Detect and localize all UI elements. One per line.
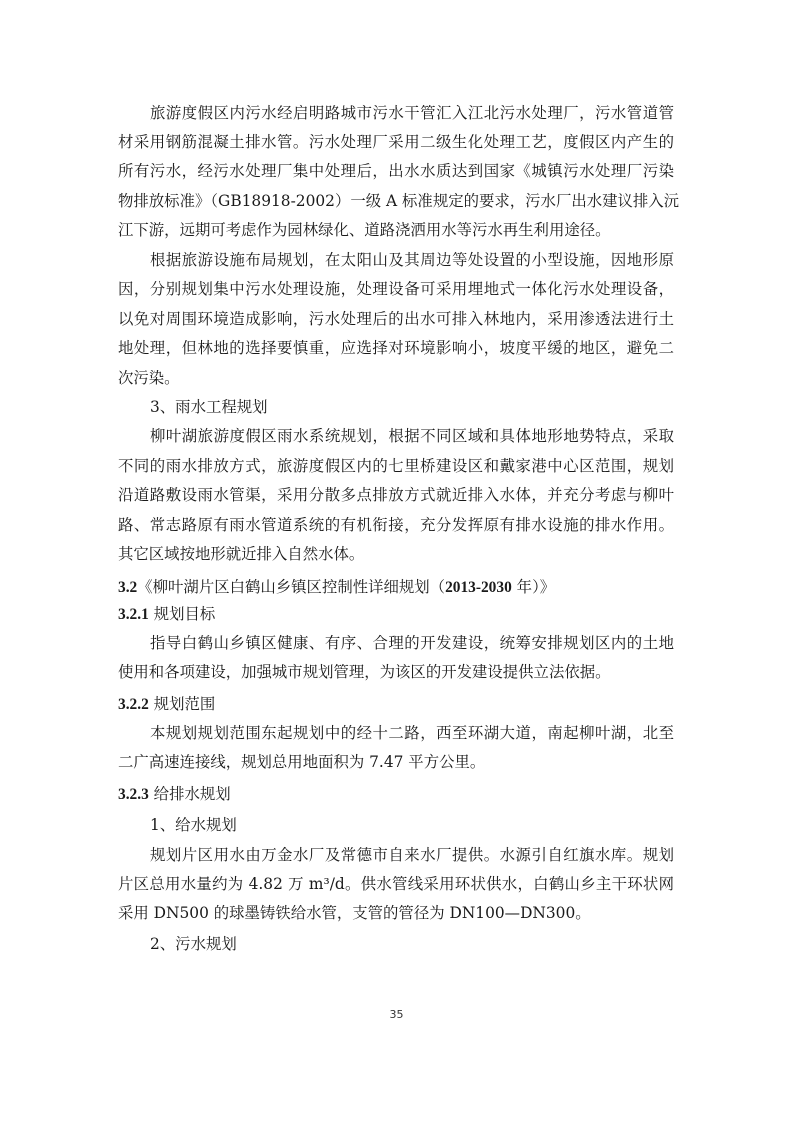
heading-text: 《柳叶湖片区白鹤山乡镇区控制性详细规划（ [137,578,445,596]
heading-number: 3.2.2 [118,696,149,713]
body-text-line: 以免对周围环境造成影响，污水处理后的出水可排入林地内，采用渗透法进行土 [118,308,674,330]
heading-number: 3.2 [118,579,137,596]
subsection-label: 3、雨水工程规划 [118,396,674,418]
section-heading-3-2: 3.2《柳叶湖片区白鹤山乡镇区控制性详细规划（2013-2030 年）》 [118,576,674,598]
heading-years: 2013-2030 [445,579,512,596]
body-text-line: 根据旅游设施布局规划，在太阳山及其周边等处设置的小型设施，因地形原 [118,249,674,271]
heading-text: 规划范围 [149,695,215,713]
body-text-line: 采用 DN500 的球墨铸铁给水管，支管的管径为 DN100—DN300。 [118,902,674,924]
heading-text: 给排水规划 [149,785,231,803]
heading-number: 3.2.3 [118,786,149,803]
body-text-line: 次污染。 [118,367,674,389]
heading-text: 规划目标 [149,605,215,623]
body-text-line: 物排放标准》（GB18918-2002）一级 A 标准规定的要求，污水厂出水建议… [118,190,674,212]
section-heading-3-2-1: 3.2.1 规划目标 [118,603,674,625]
body-text-line: 路、常志路原有雨水管道系统的有机衔接，充分发挥原有排水设施的排水作用。 [118,514,674,536]
body-text-line: 所有污水，经污水处理厂集中处理后，出水水质达到国家《城镇污水处理厂污染 [118,160,674,182]
body-text-line: 片区总用水量约为 4.82 万 m³/d。供水管线采用环状供水，白鹤山乡主干环状… [118,873,674,895]
page-number: 35 [0,1008,793,1021]
subsection-label: 2、污水规划 [118,933,674,955]
body-text-line: 因，分别规划集中污水处理设施，处理设备可采用埋地式一体化污水处理设备， [118,278,674,300]
document-page: 旅游度假区内污水经启明路城市污水干管汇入江北污水处理厂，污水管道管 材采用钢筋混… [0,0,793,1122]
body-text-line: 材采用钢筋混凝土排水管。污水处理厂采用二级生化处理工艺，度假区内产生的 [118,131,674,153]
heading-number: 3.2.1 [118,606,149,623]
section-heading-3-2-3: 3.2.3 给排水规划 [118,783,674,805]
body-text-line: 沿道路敷设雨水管渠，采用分散多点排放方式就近排入水体，并充分考虑与柳叶 [118,484,674,506]
subsection-label: 1、给水规划 [118,814,674,836]
heading-tail: 年）》 [512,578,555,596]
body-text-line: 江下游，远期可考虑作为园林绿化、道路浇洒用水等污水再生利用途径。 [118,219,674,241]
body-text-line: 指导白鹤山乡镇区健康、有序、合理的开发建设，统筹安排规划区内的土地 [118,632,674,654]
body-text-line: 不同的雨水排放方式，旅游度假区内的七里桥建设区和戴家港中心区范围，规划 [118,455,674,477]
body-text-line: 二广高速连接线，规划总用地面积为 7.47 平方公里。 [118,751,674,773]
body-text-line: 其它区域按地形就近排入自然水体。 [118,543,674,565]
body-text-line: 旅游度假区内污水经启明路城市污水干管汇入江北污水处理厂，污水管道管 [118,102,674,124]
body-text-line: 使用和各项建设，加强城市规划管理，为该区的开发建设提供立法依据。 [118,661,674,683]
body-text-line: 规划片区用水由万金水厂及常德市自来水厂提供。水源引自红旗水库。规划 [118,844,674,866]
section-heading-3-2-2: 3.2.2 规划范围 [118,693,674,715]
body-text-line: 地处理，但林地的选择要慎重，应选择对环境影响小，坡度平缓的地区，避免二 [118,337,674,359]
body-text-line: 本规划规划范围东起规划中的经十二路，西至环湖大道，南起柳叶湖，北至 [118,722,674,744]
body-text-line: 柳叶湖旅游度假区雨水系统规划，根据不同区域和具体地形地势特点，采取 [118,425,674,447]
